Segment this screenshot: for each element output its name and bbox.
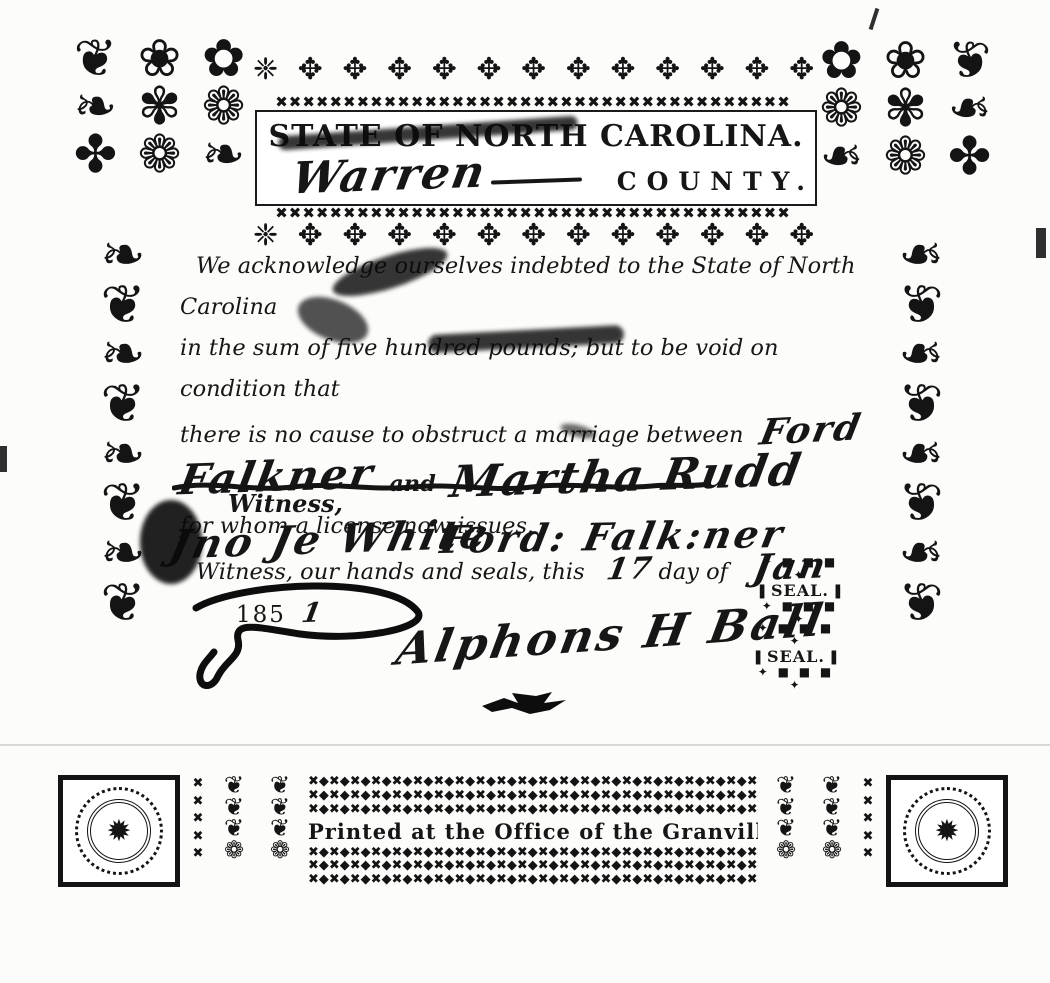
seal-text: SEAL. [767,648,825,666]
scan-speck [1036,228,1046,258]
day-of-label: day of [658,559,728,585]
bottom-ornament-band: ✹ ✖ ✖ ✖ ✖ ✖ ❦ ❦ ❦ ❁ ❦ ❦ ❦ ❁ ✖◆✖◆✖◆✖◆✖◆✖◆… [58,775,1008,887]
corner-flourish-ornament-top-left: ❦ ❀ ✿ ❧ ✾ ❁ ✤ ❁ ❧ [58,36,263,234]
medallion-star-ornament: ✹ [106,814,131,849]
bond-line-3-printed: there is no cause to obstruct a marriage… [180,422,743,448]
imprint-block: ✖◆✖◆✖◆✖◆✖◆✖◆✖◆✖◆✖◆✖◆✖◆✖◆✖◆✖◆✖◆✖◆✖◆✖◆✖◆✖◆… [308,775,758,887]
county-name-handwritten: Warren [288,147,491,205]
footer-chain-row: ✖◆✖◆✖◆✖◆✖◆✖◆✖◆✖◆✖◆✖◆✖◆✖◆✖◆✖◆✖◆✖◆✖◆✖◆✖◆✖◆… [308,775,758,789]
ink-blot [140,500,202,584]
scan-speck [0,446,7,472]
witness-label: Witness, [228,489,343,518]
chain-column-ornament: ✖ ✖ ✖ ✖ ✖ [190,775,206,887]
groom-signature: Ford: Falk:ner [437,511,789,562]
pen-flourish-paraph [150,568,440,708]
footer-chain-row: ✖◆✖◆✖◆✖◆✖◆✖◆✖◆✖◆✖◆✖◆✖◆✖◆✖◆✖◆✖◆✖◆✖◆✖◆✖◆✖◆… [308,846,758,860]
seal-ornament-row: ✦ ■ ■ ■ ✦ [752,556,848,582]
palm-ornament: ❦ ❦ ❦ ❁ [814,775,850,887]
scan-speck [869,8,880,30]
fold-line [0,744,1050,746]
footer-chain-row: ✖◆✖◆✖◆✖◆✖◆✖◆✖◆✖◆✖◆✖◆✖◆✖◆✖◆✖◆✖◆✖◆✖◆✖◆✖◆✖◆… [308,789,758,803]
printer-imprint: Printed at the Office of the Granville W… [308,819,758,844]
footer-chain-row: ✖◆✖◆✖◆✖◆✖◆✖◆✖◆✖◆✖◆✖◆✖◆✖◆✖◆✖◆✖◆✖◆✖◆✖◆✖◆✖◆… [308,859,758,873]
bride-name-handwritten: Martha Rudd [447,450,805,503]
marriage-bond-document: ❦ ❀ ✿ ❧ ✾ ❁ ✤ ❁ ❧ ❦ ❀ ✿ ❧ ✾ ❁ ✤ ❁ ❧ ❈ ✥ … [0,0,1050,983]
seal-side-ornament: ❚ [828,648,840,666]
bond-line-1: We acknowledge ourselves indebted to the… [180,246,876,328]
seal-ornament-row: ✦ ■ ■ ■ ✦ [748,666,844,692]
footer-chain-row: ✖◆✖◆✖◆✖◆✖◆✖◆✖◆✖◆✖◆✖◆✖◆✖◆✖◆✖◆✖◆✖◆✖◆✖◆✖◆✖◆… [308,873,758,887]
acanthus-border-right: ❧ ❦ ❧ ❦ ❧ ❦ ❧ ❦ [868,230,974,778]
rosette-medallion-left: ✹ [58,775,180,887]
palm-ornament: ❦ ❦ ❦ ❁ [216,775,252,887]
county-row: Warren COUNTY. [257,150,815,201]
pen-stroke [491,177,582,184]
rosette-border-top: ❈ ✥ ✥ ✥ ✥ ✥ ✥ ✥ ✥ ✥ ✥ ✥ ✥ ✥ ❈ [253,52,813,98]
footer-chain-row: ✖◆✖◆✖◆✖◆✖◆✖◆✖◆✖◆✖◆✖◆✖◆✖◆✖◆✖◆✖◆✖◆✖◆✖◆✖◆✖◆… [308,803,758,817]
medallion-star-ornament: ✹ [934,814,959,849]
palm-ornament: ❦ ❦ ❦ ❁ [262,775,298,887]
fleuron-ornament [478,690,568,716]
corner-flourish-ornament-top-right: ❦ ❀ ✿ ❧ ✾ ❁ ✤ ❁ ❧ [802,38,1007,236]
seal-side-ornament: ❚ [832,582,844,600]
palm-ornament: ❦ ❦ ❦ ❁ [768,775,804,887]
chain-column-ornament: ✖ ✖ ✖ ✖ ✖ [860,775,876,887]
county-label: COUNTY. [617,167,815,196]
rosette-medallion-right: ✹ [886,775,1008,887]
